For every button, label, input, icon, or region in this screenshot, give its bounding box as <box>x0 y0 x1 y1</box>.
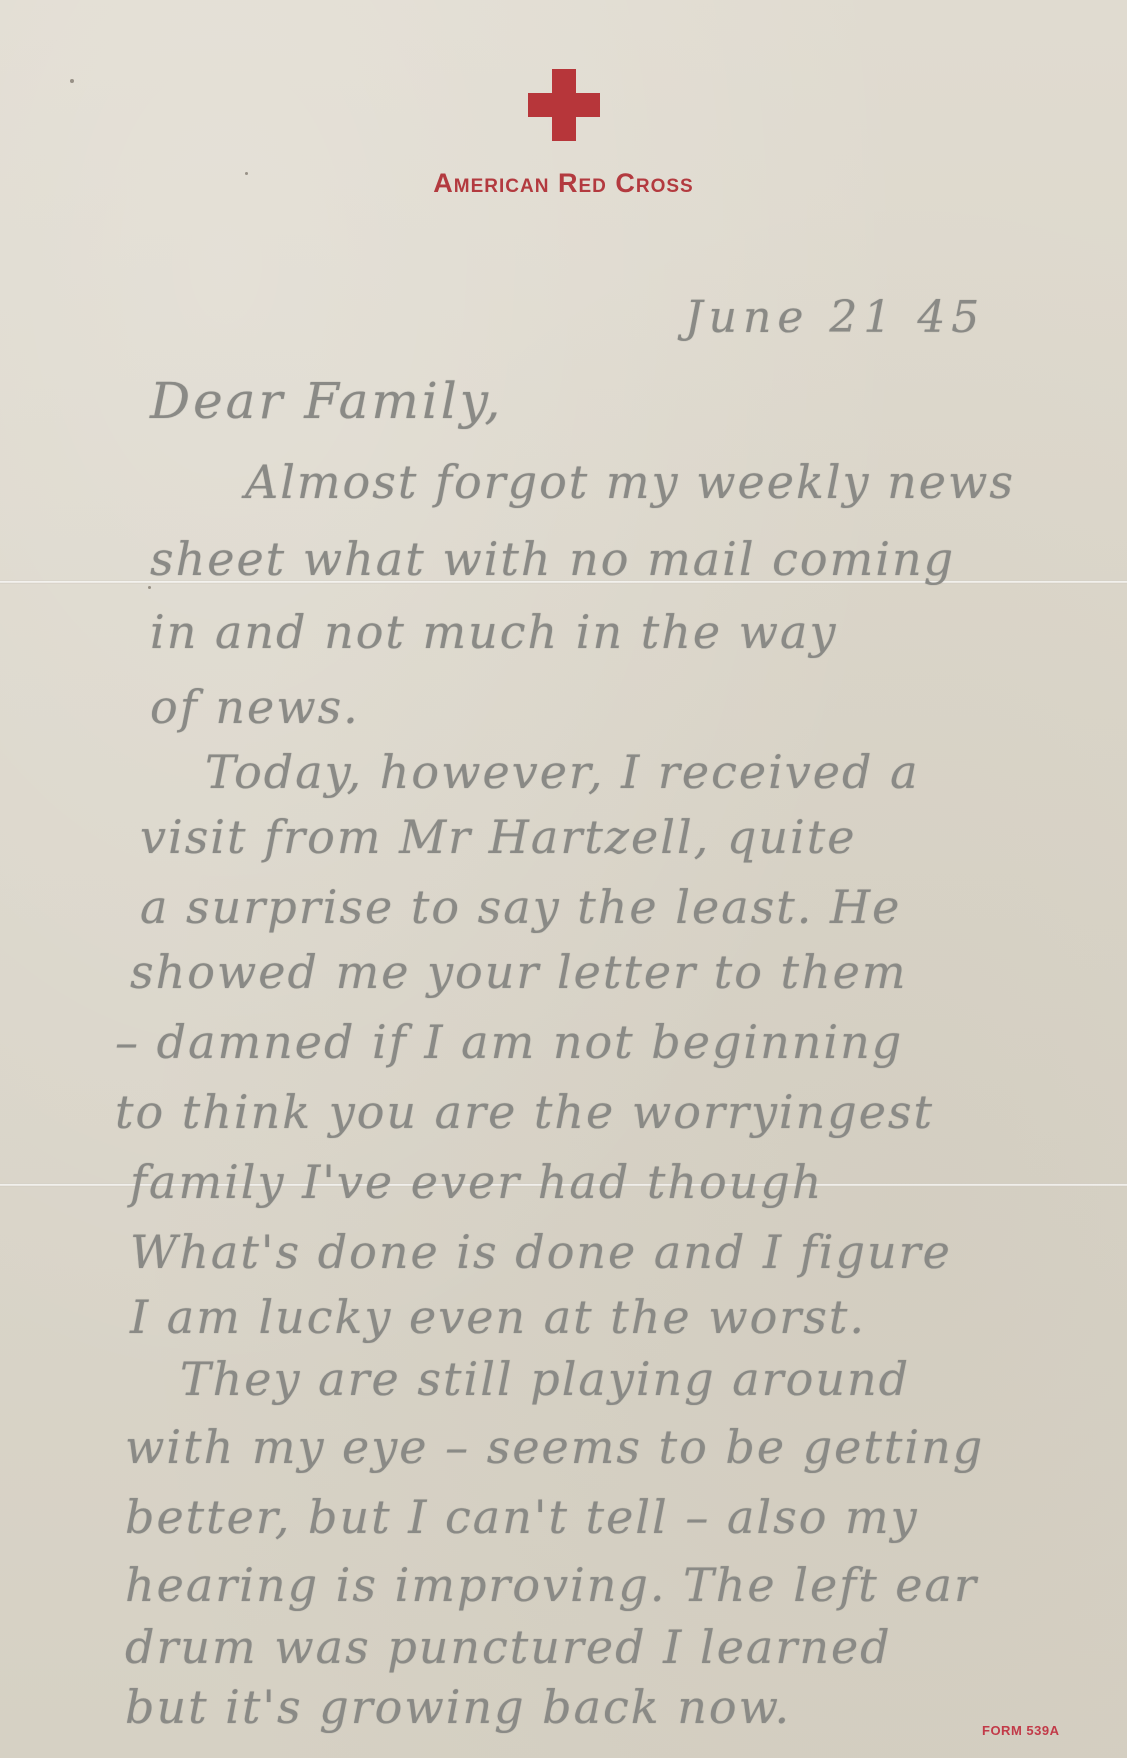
letter-date: June 21 45 <box>685 292 985 343</box>
letter-line: family I've ever had though <box>130 1155 823 1209</box>
letter-page: American Red Cross June 21 45 Dear Famil… <box>0 0 1127 1758</box>
letter-line: showed me your letter to them <box>130 945 907 999</box>
letter-line: to think you are the worryingest <box>115 1085 934 1139</box>
letter-line: hearing is improving. The left ear <box>125 1558 978 1612</box>
letter-line: of news. <box>150 680 360 734</box>
form-number: FORM 539A <box>982 1723 1059 1738</box>
letter-line: drum was punctured I learned <box>125 1620 892 1674</box>
letter-line: They are still playing around <box>180 1352 910 1406</box>
red-cross-icon <box>528 69 600 141</box>
letter-line: a surprise to say the least. He <box>140 880 901 934</box>
letter-line: Today, however, I received a <box>205 745 920 799</box>
letter-line: with my eye – seems to be getting <box>125 1420 984 1474</box>
letter-line: I am lucky even at the worst. <box>130 1290 866 1344</box>
letter-line: in and not much in the way <box>150 605 837 659</box>
letterhead: American Red Cross <box>0 0 1127 210</box>
letter-line: but it's growing back now. <box>125 1680 791 1734</box>
letter-line: Almost forgot my weekly news <box>245 455 1015 509</box>
letter-line: sheet what with no mail coming <box>150 532 955 586</box>
organization-name: American Red Cross <box>0 168 1127 199</box>
letter-line: – damned if I am not beginning <box>115 1015 903 1069</box>
letter-salutation: Dear Family, <box>150 372 503 430</box>
letter-line: What's done is done and I figure <box>130 1225 952 1279</box>
letter-line: visit from Mr Hartzell, quite <box>140 810 856 864</box>
paper-speck <box>148 586 151 589</box>
letter-line: better, but I can't tell – also my <box>125 1490 919 1544</box>
